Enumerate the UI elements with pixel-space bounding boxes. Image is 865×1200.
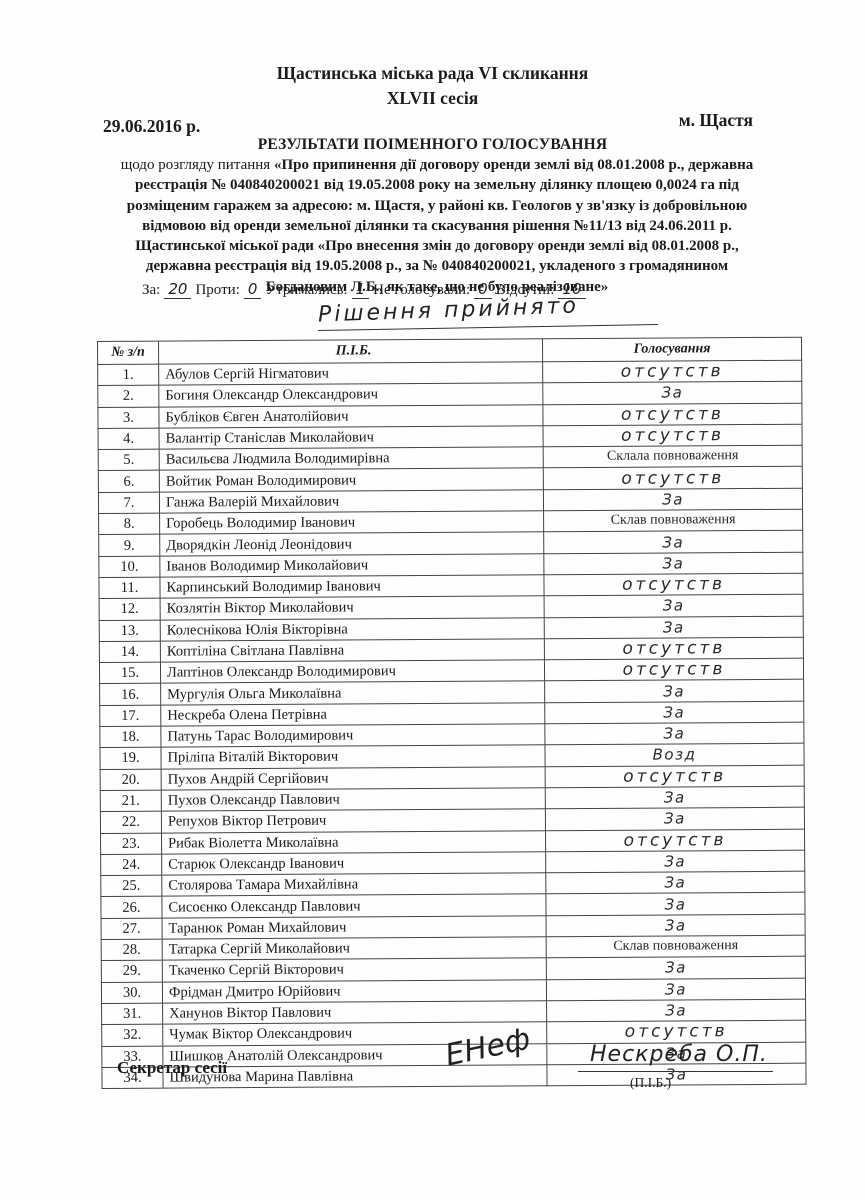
header-number: № з/п	[98, 341, 159, 364]
signed-name-underline	[578, 1071, 773, 1072]
row-number: 17.	[100, 705, 161, 727]
row-number: 25.	[101, 875, 162, 897]
row-number: 9.	[99, 534, 160, 556]
row-number: 21.	[100, 790, 161, 812]
member-vote: За	[544, 552, 803, 575]
member-name: Мургулія Ольга Миколаївна	[161, 681, 545, 705]
member-name: Столярова Тамара Михайлівна	[162, 873, 546, 897]
member-name: Пухов Олександр Павлович	[161, 788, 545, 812]
row-number: 30.	[101, 982, 162, 1004]
for-label: За:	[142, 282, 160, 299]
member-vote: За	[543, 381, 802, 404]
agenda-topic: щодо розгляду питання «Про припинення ді…	[112, 155, 762, 297]
member-vote: Возд	[545, 744, 804, 767]
row-number: 26.	[101, 897, 162, 919]
document-date: 29.06.2016 р.	[103, 116, 200, 137]
row-number: 24.	[101, 854, 162, 876]
row-number: 3.	[98, 407, 159, 429]
member-vote: отсутств	[544, 658, 803, 681]
session-title: XLVII сесія	[0, 88, 865, 109]
member-name: Сисоєнко Олександр Павлович	[162, 894, 546, 918]
against-label: Проти:	[195, 282, 239, 299]
member-vote: За	[545, 807, 804, 830]
member-name: Бубліков Євген Анатолійович	[159, 404, 543, 428]
member-name: Васильєва Людмила Володимирівна	[159, 447, 543, 471]
member-name: Пріліпа Віталій Вікторович	[161, 745, 545, 769]
row-number: 12.	[99, 598, 160, 620]
document-heading: РЕЗУЛЬТАТИ ПОІМЕННОГО ГОЛОСУВАННЯ	[0, 136, 865, 154]
not-voted-label: Не голосували:	[373, 282, 470, 299]
header-vote: Голосування	[542, 337, 801, 362]
member-vote: За	[546, 914, 805, 937]
row-number: 16.	[100, 684, 161, 706]
roll-call-table: № з/п П.І.Б. Голосування 1.Абулов Сергій…	[97, 337, 807, 1089]
member-name: Колеснікова Юлія Вікторівна	[160, 617, 544, 641]
member-name: Ханунов Віктор Павлович	[163, 1001, 547, 1025]
row-number: 2.	[98, 385, 159, 407]
row-number: 14.	[99, 641, 160, 663]
member-vote: За	[546, 956, 805, 979]
member-vote: За	[543, 488, 802, 511]
row-number: 15.	[99, 662, 160, 684]
member-vote: отсутств	[544, 573, 803, 596]
member-name: Рибак Віолетта Миколаївна	[162, 830, 546, 854]
document-city: м. Щастя	[679, 110, 753, 131]
member-name: Козлятін Віктор Миколайович	[160, 596, 544, 620]
row-number: 27.	[101, 918, 162, 940]
member-name: Дворядкін Леонід Леонідович	[160, 532, 544, 556]
row-number: 32.	[102, 1024, 163, 1046]
member-vote: отсутств	[543, 360, 802, 383]
member-vote: отсутств	[545, 829, 804, 852]
member-vote: За	[546, 871, 805, 894]
member-name: Фрідман Дмитро Юрійович	[162, 979, 546, 1003]
member-vote: За	[544, 531, 803, 554]
member-vote: отсутств	[543, 403, 802, 426]
against-count: 0	[244, 280, 262, 299]
row-number: 10.	[99, 556, 160, 578]
member-vote: отсутств	[543, 467, 802, 490]
row-number: 20.	[100, 769, 161, 791]
for-count: 20	[164, 280, 191, 299]
row-number: 6.	[98, 471, 159, 493]
member-vote: Склав повноваження	[546, 935, 805, 958]
member-vote: За	[545, 786, 804, 809]
row-number: 5.	[98, 449, 159, 471]
row-number: 18.	[100, 726, 161, 748]
member-name: Патунь Тарас Володимирович	[161, 724, 545, 748]
row-number: 11.	[99, 577, 160, 599]
member-vote: отсутств	[543, 424, 802, 447]
member-vote: За	[545, 680, 804, 703]
member-vote: За	[545, 701, 804, 724]
member-name: Старюк Олександр Іванович	[162, 852, 546, 876]
member-name: Абулов Сергій Нігматович	[159, 362, 543, 386]
row-number: 4.	[98, 428, 159, 450]
row-number: 1.	[98, 364, 159, 386]
row-number: 13.	[99, 620, 160, 642]
member-vote: отсутств	[547, 1020, 806, 1043]
member-name: Ткаченко Сергій Вікторович	[162, 958, 546, 982]
member-vote: За	[544, 594, 803, 617]
member-name: Нескреба Олена Петрівна	[161, 703, 545, 727]
member-vote: отсутств	[544, 637, 803, 660]
row-number: 23.	[101, 833, 162, 855]
abstained-count: 1	[352, 280, 370, 299]
row-number: 19.	[100, 747, 161, 769]
row-number: 31.	[102, 1003, 163, 1025]
topic-body: «Про припинення дії договору оренди земл…	[127, 157, 754, 295]
member-vote: За	[546, 978, 805, 1001]
member-name: Таранюк Роман Михайлович	[162, 915, 546, 939]
member-name: Горобець Володимир Іванович	[160, 511, 544, 535]
member-vote: За	[547, 999, 806, 1022]
member-vote: Склала повноваження	[543, 445, 802, 468]
abstained-label: Утримались:	[265, 282, 347, 299]
member-name: Войтик Роман Володимирович	[159, 468, 543, 492]
row-number: 8.	[99, 513, 160, 535]
member-vote: За	[544, 616, 803, 639]
member-name: Пухов Андрій Сергійович	[161, 766, 545, 790]
row-number: 22.	[100, 811, 161, 833]
member-name: Іванов Володимир Миколайович	[160, 553, 544, 577]
row-number: 7.	[98, 492, 159, 514]
member-vote: отсутств	[545, 765, 804, 788]
member-name: Валантір Станіслав Миколайович	[159, 426, 543, 450]
member-name: Репухов Віктор Петрович	[161, 809, 545, 833]
secretary-label: Секретар сесії	[117, 1058, 227, 1078]
row-number: 29.	[101, 960, 162, 982]
row-number: 28.	[101, 939, 162, 961]
member-name: Татарка Сергій Миколайович	[162, 937, 546, 961]
header-name: П.І.Б.	[159, 339, 543, 364]
name-caption: (П.І.Б.)	[630, 1075, 671, 1091]
member-name: Ганжа Валерій Михайлович	[159, 490, 543, 514]
member-name: Богиня Олександр Олександрович	[159, 383, 543, 407]
member-name: Лаптінов Олександр Володимирович	[160, 660, 544, 684]
member-vote: За	[546, 850, 805, 873]
member-vote: За	[546, 893, 805, 916]
member-name: Карпинський Володимир Іванович	[160, 575, 544, 599]
council-title: Щастинська міська рада VI скликання	[0, 63, 865, 84]
member-name: Коптіліна Світлана Павлівна	[160, 639, 544, 663]
topic-intro: щодо розгляду питання	[121, 157, 274, 173]
member-vote: Склав повноваження	[544, 509, 803, 532]
member-vote: За	[545, 722, 804, 745]
signed-name: Нескреба О.П.	[590, 1042, 768, 1067]
